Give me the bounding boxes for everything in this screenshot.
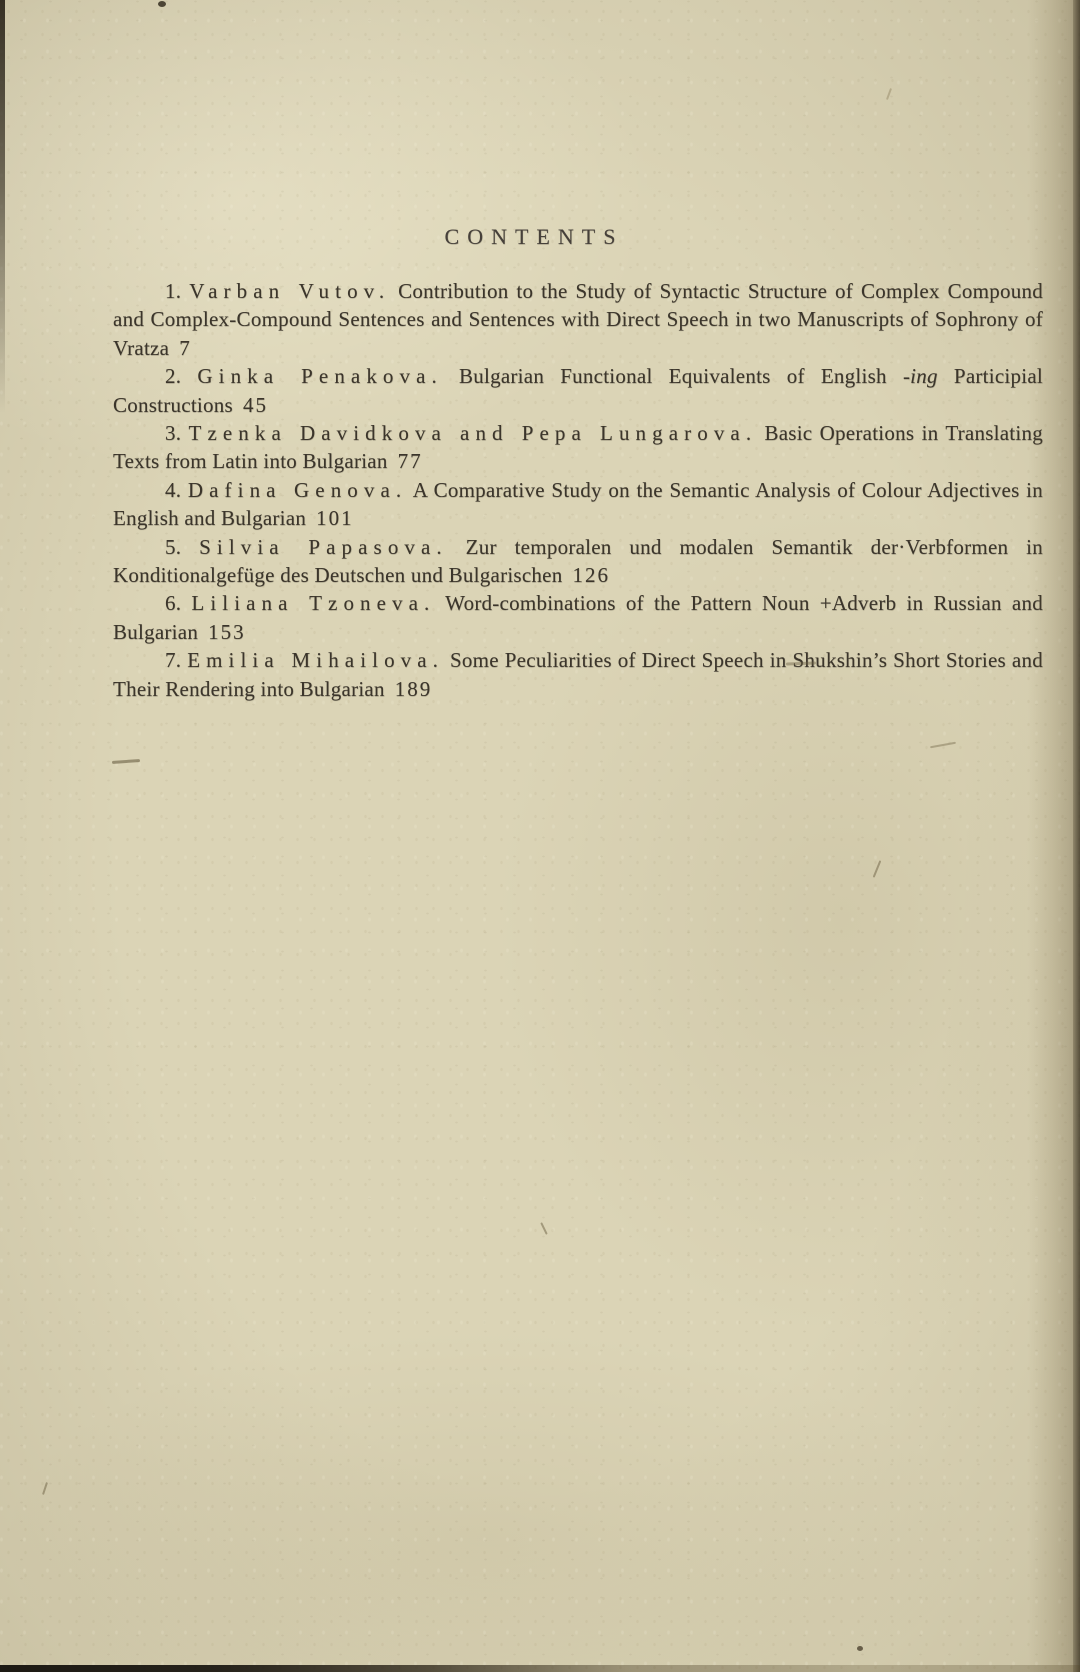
entry-number: 4. xyxy=(165,478,181,502)
ink-dot xyxy=(158,1,166,7)
page-content: CONTENTS 1. Varban Vutov. Contribution t… xyxy=(113,224,1043,703)
entry-title-italic: -ing xyxy=(903,364,938,388)
entry-author: Silvia Papasova. xyxy=(199,535,448,559)
entry-page-number: 101 xyxy=(316,506,354,530)
toc-entry-6: 6. Liliana Tzoneva. Word-combinations of… xyxy=(113,589,1043,646)
entry-author: Tzenka Davidkova and Pepa Lungarova. xyxy=(189,421,758,445)
entry-author: Dafina Genova. xyxy=(188,478,407,502)
toc-entry-4: 4. Dafina Genova. A Comparative Study on… xyxy=(113,476,1043,533)
entry-page-number: 7 xyxy=(179,336,192,360)
entry-number: 7. xyxy=(165,648,181,672)
entry-number: 3. xyxy=(165,421,181,445)
page-edge-bottom-shadow xyxy=(0,1665,1080,1672)
entry-page-number: 189 xyxy=(395,677,433,701)
entry-number: 2. xyxy=(165,364,181,388)
entry-author: Emilia Mihailova. xyxy=(187,648,444,672)
entry-page-number: 77 xyxy=(398,449,423,473)
entry-number: 5. xyxy=(165,535,181,559)
toc-entry-7: 7. Emilia Mihailova. Some Peculiarities … xyxy=(113,646,1043,703)
page-edge-left-shadow xyxy=(0,0,5,470)
entry-page-number: 45 xyxy=(243,393,268,417)
scratch-mark xyxy=(886,88,892,100)
contents-heading: CONTENTS xyxy=(69,224,999,250)
ink-dot xyxy=(857,1646,863,1651)
toc-entry-5: 5. Silvia Papasova. Zur temporalen und m… xyxy=(113,533,1043,590)
page-edge-right-shadow xyxy=(1073,0,1080,1672)
scanned-book-page: CONTENTS 1. Varban Vutov. Contribution t… xyxy=(0,0,1080,1672)
entry-number: 6. xyxy=(165,591,181,615)
entry-author: Varban Vutov. xyxy=(189,279,390,303)
entry-title: Bulgarian Functional Equivalents of Engl… xyxy=(459,364,887,388)
scratch-mark xyxy=(42,1482,48,1495)
entry-page-number: 126 xyxy=(573,563,611,587)
entry-number: 1. xyxy=(165,279,181,303)
pencil-dash xyxy=(112,759,140,764)
toc-entry-1: 1. Varban Vutov. Contribution to the Stu… xyxy=(113,277,1043,362)
scratch-mark xyxy=(540,1222,547,1235)
table-of-contents: 1. Varban Vutov. Contribution to the Stu… xyxy=(113,277,1043,703)
toc-entry-2: 2. Ginka Penakova. Bulgarian Functional … xyxy=(113,362,1043,419)
entry-author: Liliana Tzoneva. xyxy=(191,591,435,615)
entry-author: Ginka Penakova. xyxy=(197,364,442,388)
toc-entry-3: 3. Tzenka Davidkova and Pepa Lungarova. … xyxy=(113,419,1043,476)
scratch-mark xyxy=(873,860,882,877)
entry-page-number: 153 xyxy=(208,620,246,644)
scratch-mark xyxy=(930,742,956,748)
